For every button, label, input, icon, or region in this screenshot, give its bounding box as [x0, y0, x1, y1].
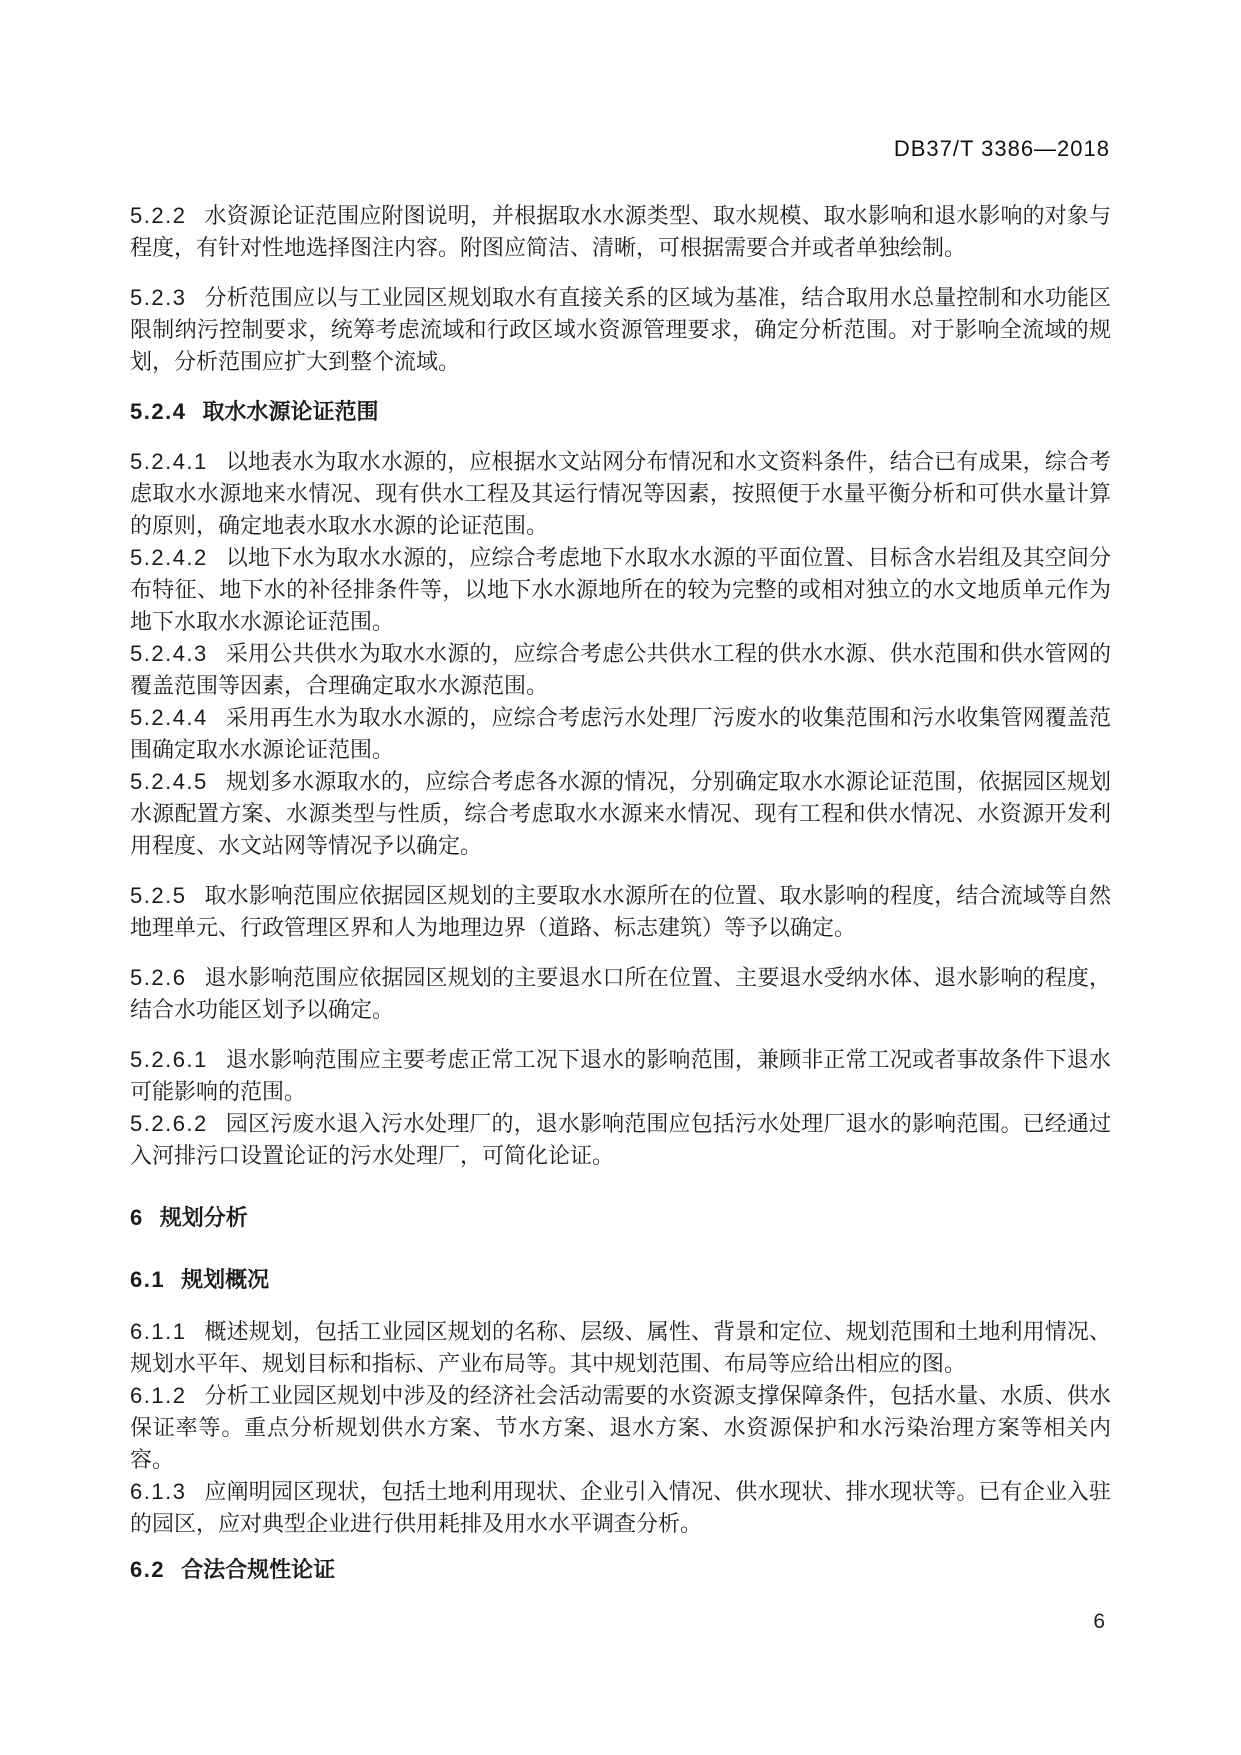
- clause-number: 6.1.3: [130, 1479, 186, 1504]
- section-heading-6-2: 6.2合法合规性论证: [130, 1554, 1111, 1586]
- clause-number: 6.1.1: [130, 1319, 186, 1344]
- heading-number: 6: [130, 1205, 144, 1230]
- clause-5-2-4-5: 5.2.4.5规划多水源取水的，应综合考虑各水源的情况，分别确定取水水源论证范围…: [130, 766, 1111, 862]
- clause-text: 分析工业园区规划中涉及的经济社会活动需要的水资源支撑保障条件，包括水量、水质、供…: [130, 1383, 1111, 1472]
- clause-5-2-4-2: 5.2.4.2以地下水为取水水源的，应综合考虑地下水取水水源的平面位置、目标含水…: [130, 542, 1111, 638]
- clause-number: 5.2.4.5: [130, 769, 208, 794]
- clause-number: 5.2.2: [130, 203, 186, 228]
- section-heading-6-1: 6.1规划概况: [130, 1264, 1111, 1296]
- clause-5-2-6: 5.2.6退水影响范围应依据园区规划的主要退水口所在位置、主要退水受纳水体、退水…: [130, 962, 1111, 1026]
- clause-text: 概述规划，包括工业园区规划的名称、层级、属性、背景和定位、规划范围和土地利用情况…: [130, 1319, 1111, 1376]
- heading-number: 6.1: [130, 1267, 165, 1292]
- clause-5-2-3: 5.2.3分析范围应以与工业园区规划取水有直接关系的区域为基准，结合取用水总量控…: [130, 282, 1111, 378]
- clause-number: 5.2.4.4: [130, 705, 208, 730]
- clause-number: 5.2.6: [130, 965, 186, 990]
- document-page: DB37/T 3386—2018 5.2.2水资源论证范围应附图说明，并根据取水…: [0, 0, 1241, 1755]
- clause-text: 采用公共供水为取水水源的，应综合考虑公共供水工程的供水水源、供水范围和供水管网的…: [130, 641, 1111, 698]
- clause-text: 采用再生水为取水水源的，应综合考虑污水处理厂污废水的收集范围和污水收集管网覆盖范…: [130, 705, 1111, 762]
- chapter-heading-6: 6规划分析: [130, 1202, 1111, 1234]
- clause-text: 退水影响范围应依据园区规划的主要退水口所在位置、主要退水受纳水体、退水影响的程度…: [130, 965, 1111, 1022]
- clause-5-2-4-1: 5.2.4.1以地表水为取水水源的，应根据水文站网分布情况和水文资料条件，结合已…: [130, 446, 1111, 542]
- clause-text: 分析范围应以与工业园区规划取水有直接关系的区域为基准，结合取用水总量控制和水功能…: [130, 285, 1111, 374]
- clause-number: 5.2.4.1: [130, 449, 208, 474]
- clause-5-2-4-4: 5.2.4.4采用再生水为取水水源的，应综合考虑污水处理厂污废水的收集范围和污水…: [130, 702, 1111, 766]
- clause-text: 园区污废水退入污水处理厂的，退水影响范围应包括污水处理厂退水的影响范围。已经通过…: [130, 1111, 1111, 1168]
- clause-text: 退水影响范围应主要考虑正常工况下退水的影响范围，兼顾非正常工况或者事故条件下退水…: [130, 1047, 1111, 1104]
- clause-number: 5.2.3: [130, 285, 186, 310]
- page-number: 6: [1093, 1610, 1105, 1634]
- clause-number: 5.2.6.2: [130, 1111, 208, 1136]
- clause-text: 水资源论证范围应附图说明，并根据取水水源类型、取水规模、取水影响和退水影响的对象…: [130, 203, 1111, 260]
- clause-5-2-6-2: 5.2.6.2园区污废水退入污水处理厂的，退水影响范围应包括污水处理厂退水的影响…: [130, 1108, 1111, 1172]
- clause-6-1-3: 6.1.3应阐明园区现状，包括土地利用现状、企业引入情况、供水现状、排水现状等。…: [130, 1476, 1111, 1540]
- clause-6-1-2: 6.1.2分析工业园区规划中涉及的经济社会活动需要的水资源支撑保障条件，包括水量…: [130, 1380, 1111, 1476]
- page-header: DB37/T 3386—2018: [894, 136, 1110, 162]
- clause-number: 5.2.4.2: [130, 545, 208, 570]
- clause-6-1-1: 6.1.1概述规划，包括工业园区规划的名称、层级、属性、背景和定位、规划范围和土…: [130, 1316, 1111, 1380]
- document-content: 5.2.2水资源论证范围应附图说明，并根据取水水源类型、取水规模、取水影响和退水…: [130, 200, 1111, 1586]
- clause-5-2-6-1: 5.2.6.1退水影响范围应主要考虑正常工况下退水的影响范围，兼顾非正常工况或者…: [130, 1044, 1111, 1108]
- heading-5-2-4: 5.2.4取水水源论证范围: [130, 396, 1111, 428]
- clause-5-2-5: 5.2.5取水影响范围应依据园区规划的主要取水水源所在的位置、取水影响的程度，结…: [130, 880, 1111, 944]
- clause-number: 5.2.5: [130, 883, 186, 908]
- clause-text: 以地表水为取水水源的，应根据水文站网分布情况和水文资料条件，结合已有成果，综合考…: [130, 449, 1111, 538]
- heading-text: 规划分析: [160, 1205, 248, 1230]
- clause-text: 以地下水为取水水源的，应综合考虑地下水取水水源的平面位置、目标含水岩组及其空间分…: [130, 545, 1111, 634]
- clause-number: 6.1.2: [130, 1383, 186, 1408]
- clause-number: 5.2.4.3: [130, 641, 208, 666]
- clause-text: 取水影响范围应依据园区规划的主要取水水源所在的位置、取水影响的程度，结合流域等自…: [130, 883, 1111, 940]
- clause-text: 规划多水源取水的，应综合考虑各水源的情况，分别确定取水水源论证范围，依据园区规划…: [130, 769, 1111, 858]
- clause-5-2-2: 5.2.2水资源论证范围应附图说明，并根据取水水源类型、取水规模、取水影响和退水…: [130, 200, 1111, 264]
- heading-text: 取水水源论证范围: [202, 399, 378, 424]
- heading-number: 6.2: [130, 1557, 165, 1582]
- clause-5-2-4-3: 5.2.4.3采用公共供水为取水水源的，应综合考虑公共供水工程的供水水源、供水范…: [130, 638, 1111, 702]
- heading-text: 合法合规性论证: [181, 1557, 335, 1582]
- clause-text: 应阐明园区现状，包括土地利用现状、企业引入情况、供水现状、排水现状等。已有企业入…: [130, 1479, 1111, 1536]
- heading-number: 5.2.4: [130, 399, 186, 424]
- clause-number: 5.2.6.1: [130, 1047, 208, 1072]
- doc-code: DB37/T 3386—2018: [894, 136, 1110, 161]
- heading-text: 规划概况: [181, 1267, 269, 1292]
